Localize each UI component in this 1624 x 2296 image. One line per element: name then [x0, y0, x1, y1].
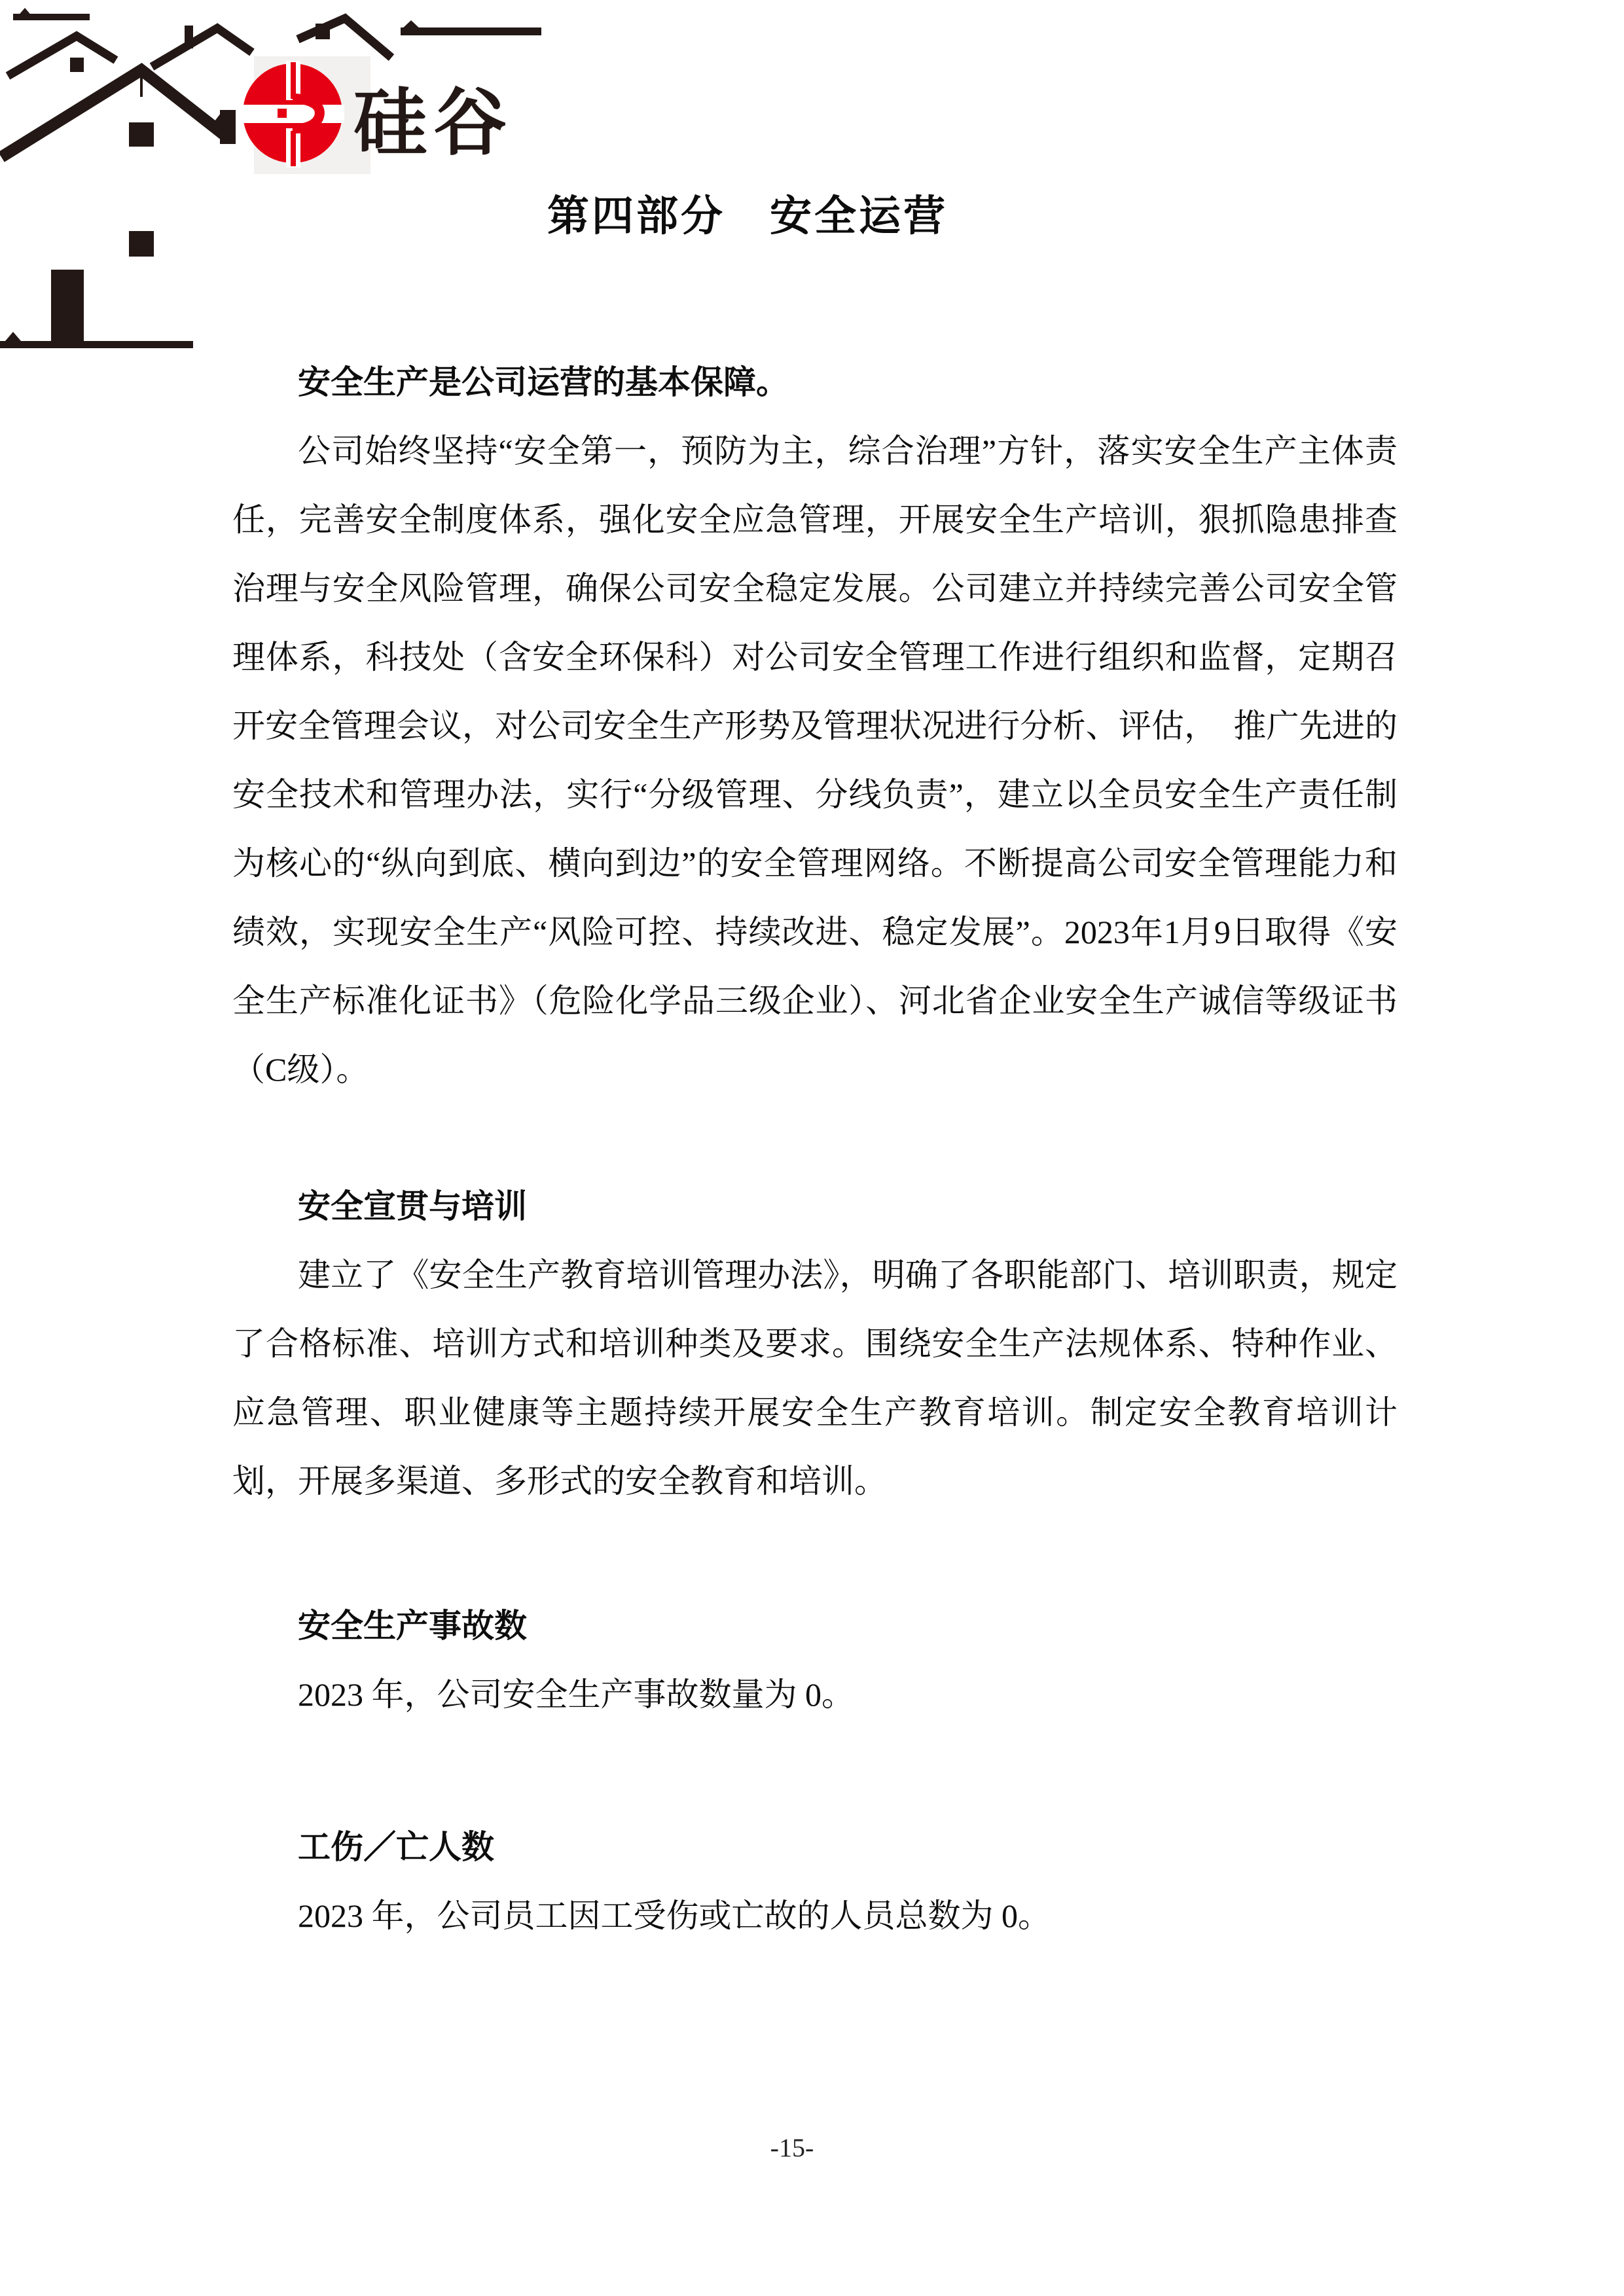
section-heading-accidents: 安全生产事故数: [232, 1592, 1398, 1660]
accidents-paragraph: 2023 年，公司安全生产事故数量为 0。: [232, 1660, 1398, 1729]
injuries-paragraph: 2023 年，公司员工因工受伤或亡故的人员总数为 0。: [232, 1882, 1398, 1950]
page-title: 第四部分 安全运营: [0, 182, 1495, 251]
content-area: 安全生产是公司运营的基本保障。 公司始终坚持“安全第一，预防为主，综合治理”方针…: [232, 348, 1398, 1950]
section-heading-training: 安全宣贯与培训: [232, 1172, 1398, 1241]
logo-s-emblem-icon: [241, 56, 370, 174]
intro-paragraph: 公司始终坚持“安全第一，预防为主，综合治理”方针，落实安全生产主体责任，完善安全…: [232, 417, 1398, 1104]
training-paragraph: 建立了《安全生产教育培训管理办法》，明确了各职能部门、培训职责，规定了合格标准、…: [232, 1241, 1398, 1516]
document-page: 硅谷 第四部分 安全运营 安全生产是公司运营的基本保障。 公司始终坚持“安全第一…: [0, 0, 1624, 2296]
page-number: -15-: [0, 2128, 1584, 2168]
section-heading-injuries: 工伤／亡人数: [232, 1813, 1398, 1882]
logo-brand-text: 硅谷: [353, 82, 513, 164]
lead-statement: 安全生产是公司运营的基本保障。: [232, 348, 1398, 417]
